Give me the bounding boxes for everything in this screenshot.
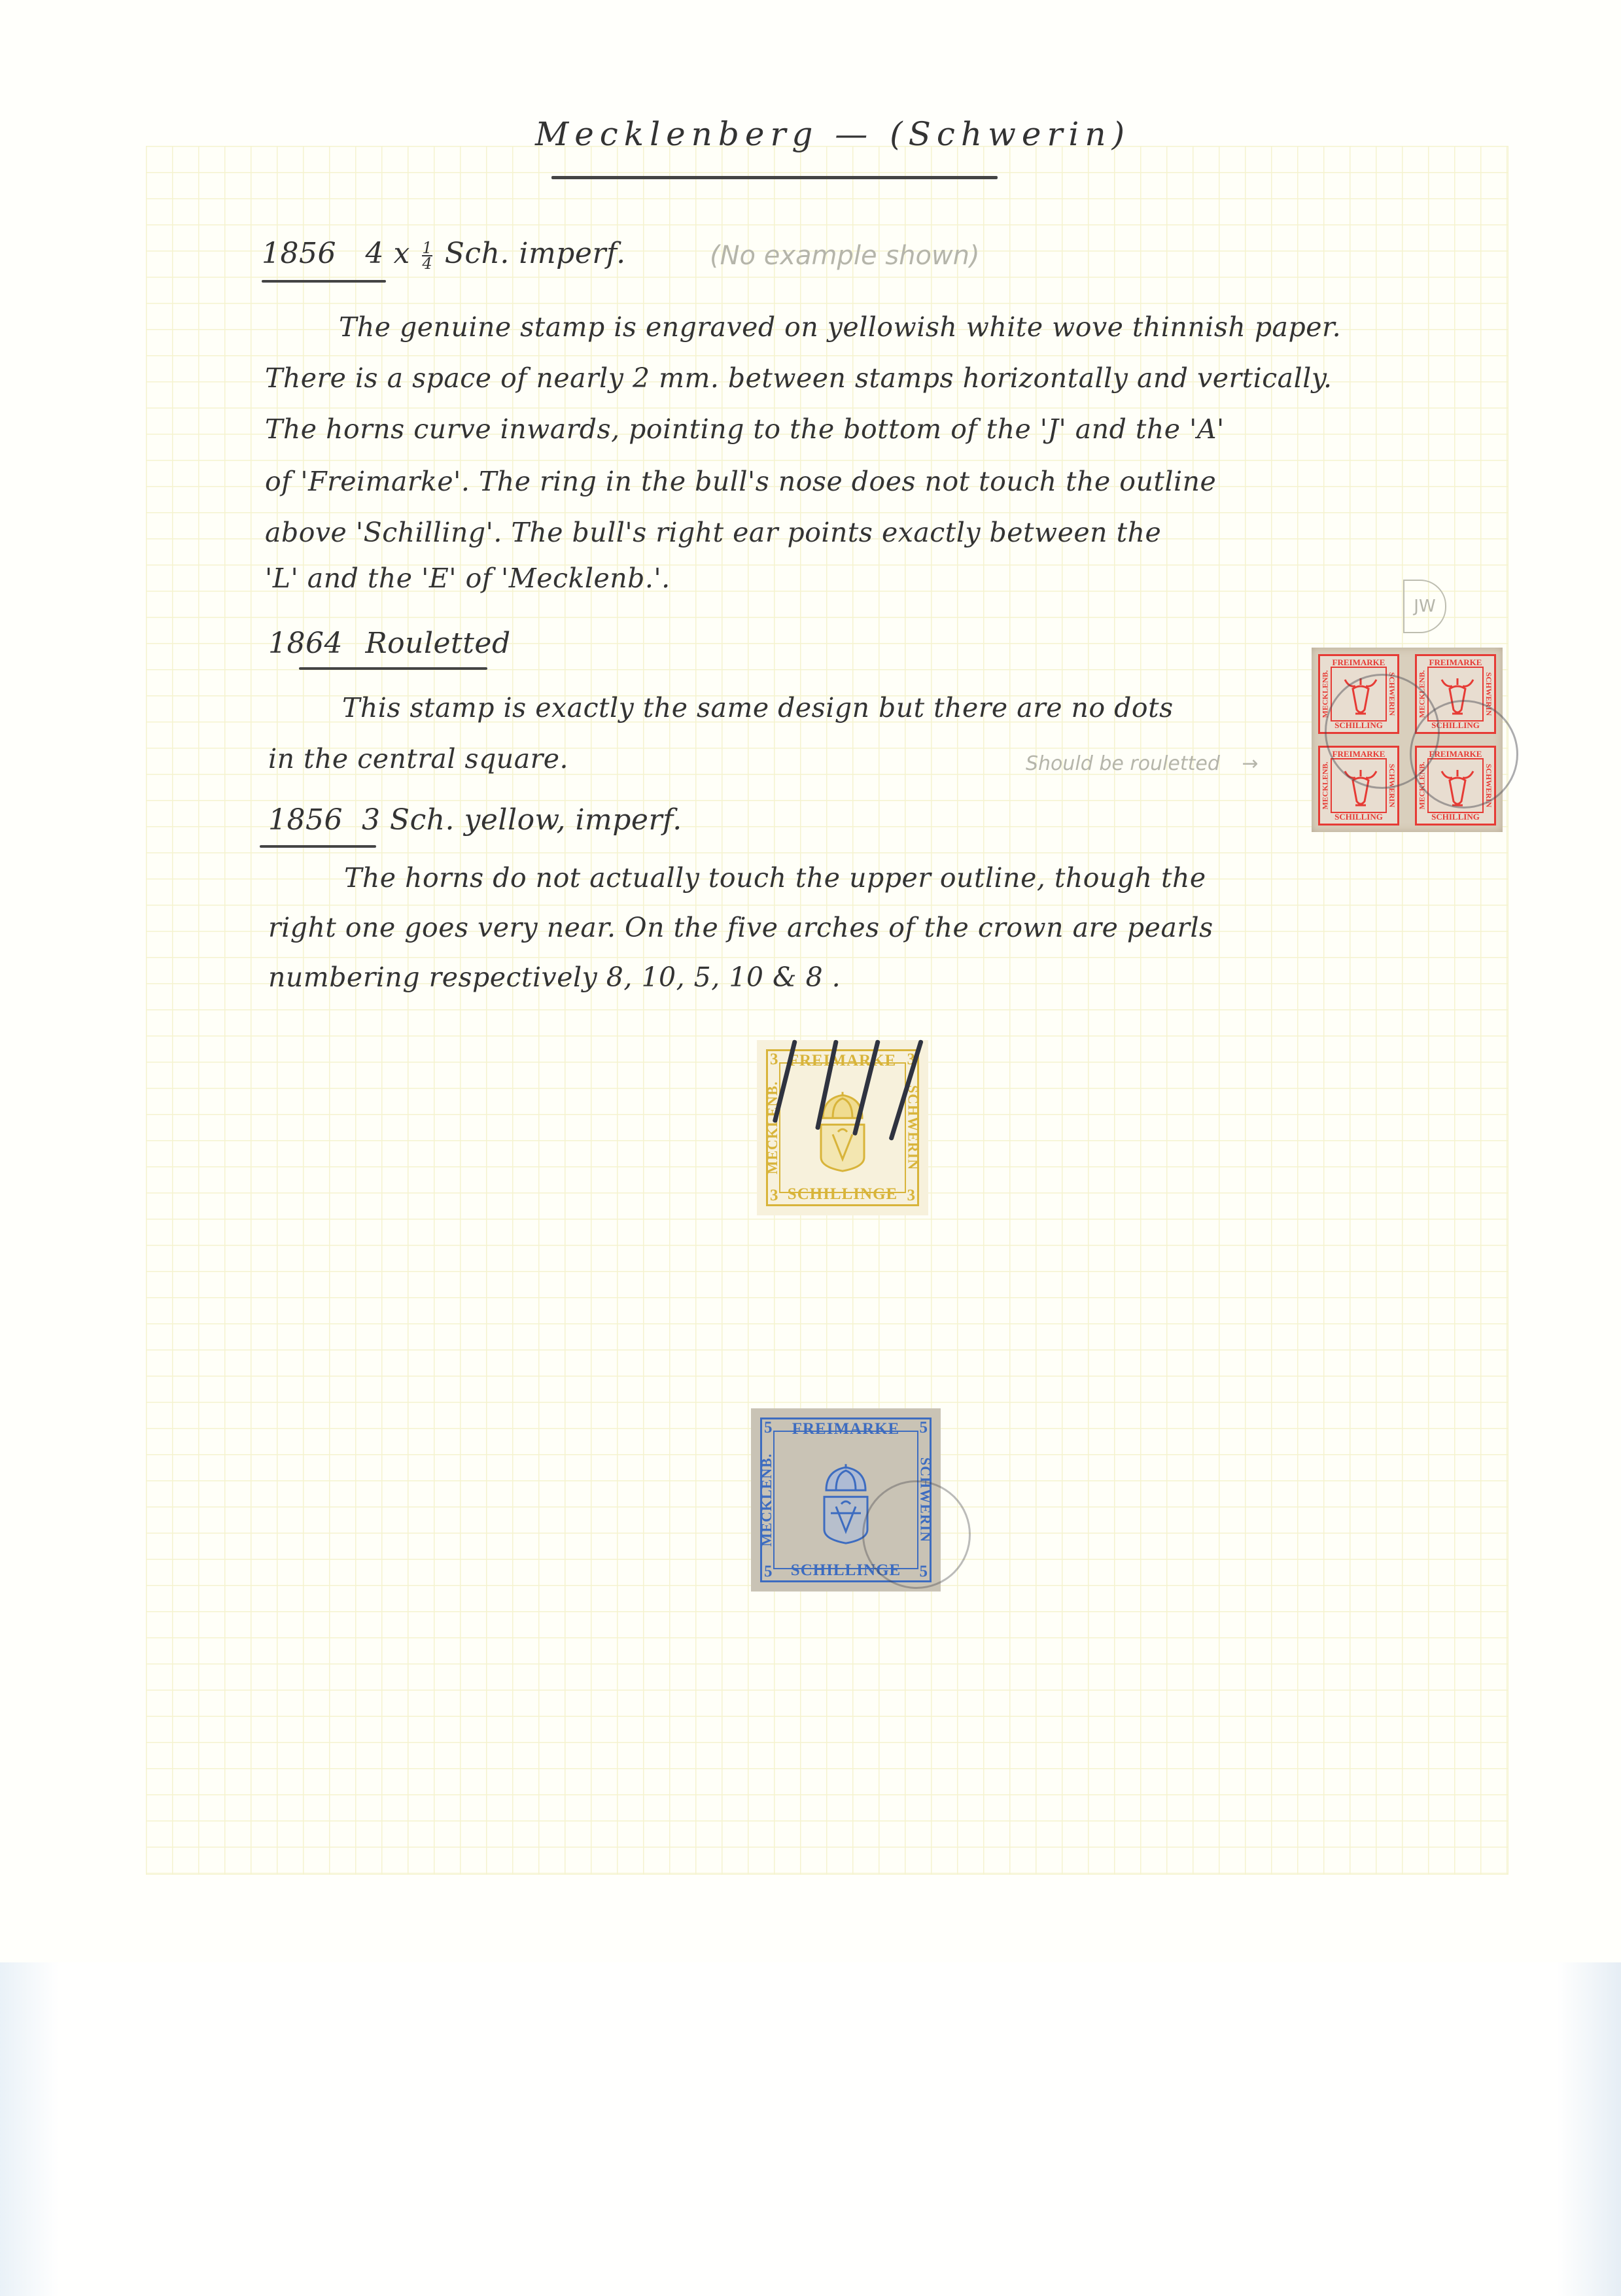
section-3-heading: 1856 3 Sch. yellow, imperf. <box>268 803 682 837</box>
section-1-line-6: 'L' and the 'E' of 'Mecklenb.'. <box>265 563 671 594</box>
section-2-line-1: This stamp is exactly the same design bu… <box>342 692 1174 723</box>
section-1-rest: Sch. imperf. <box>445 237 626 270</box>
section-3-line-2: right one goes very near. On the five ar… <box>268 912 1213 943</box>
title-underline <box>551 176 998 179</box>
section-2-line-2: in the central square. <box>268 743 568 774</box>
section-3-underline <box>260 845 376 848</box>
section-2-year: 1864 <box>268 627 343 660</box>
graph-paper-grid <box>146 146 1508 1875</box>
pencil-arrow-icon: → <box>1242 752 1258 775</box>
quarter-fraction: 1 4 <box>422 241 432 271</box>
postmark-circle <box>1410 700 1518 809</box>
section-3-line-3: numbering respectively 8, 10, 5, 10 & 8 … <box>268 962 841 993</box>
section-1-denomination: 4 x <box>365 237 410 270</box>
section-3-line-1: The horns do not actually touch the uppe… <box>344 862 1206 894</box>
stamp-5-schillinge-blue: FREIMARKE SCHILLINGE 5 5 5 5 MECKLENB. S… <box>751 1408 941 1592</box>
stamp-block-of-four: FREIMARKE SCHILLING MECKLENB. SCHWERIN F… <box>1312 648 1503 832</box>
section-1-heading: 1856 4 x 1 4 Sch. imperf. <box>262 237 626 271</box>
section-1-line-5: above 'Schilling'. The bull's right ear … <box>265 517 1161 548</box>
section-1-line-4: of 'Freimarke'. The ring in the bull's n… <box>265 466 1216 497</box>
pencil-note-rouletted: Should be rouletted → <box>1026 752 1259 775</box>
section-1-underline <box>262 280 386 283</box>
section-2-title: Rouletted <box>365 627 510 660</box>
stamp-3-schillinge-yellow: FREIMARKE SCHILLINGE 3 3 3 3 MECKLENB. S… <box>757 1040 928 1215</box>
section-1-year: 1856 <box>262 237 336 270</box>
scan-edge-shading <box>0 1962 1621 2296</box>
section-1-line-3: The horns curve inwards, pointing to the… <box>265 413 1225 445</box>
section-2-heading: 1864 Rouletted <box>268 627 511 660</box>
pencil-note-no-example: (No example shown) <box>710 241 980 271</box>
page-title: Mecklenberg — (Schwerin) <box>535 115 1130 153</box>
section-1-line-2: There is a space of nearly 2 mm. between… <box>265 362 1333 394</box>
section-1-line-1: The genuine stamp is engraved on yellowi… <box>339 311 1341 343</box>
postmark-circle <box>862 1480 971 1589</box>
section-2-underline <box>299 667 487 670</box>
